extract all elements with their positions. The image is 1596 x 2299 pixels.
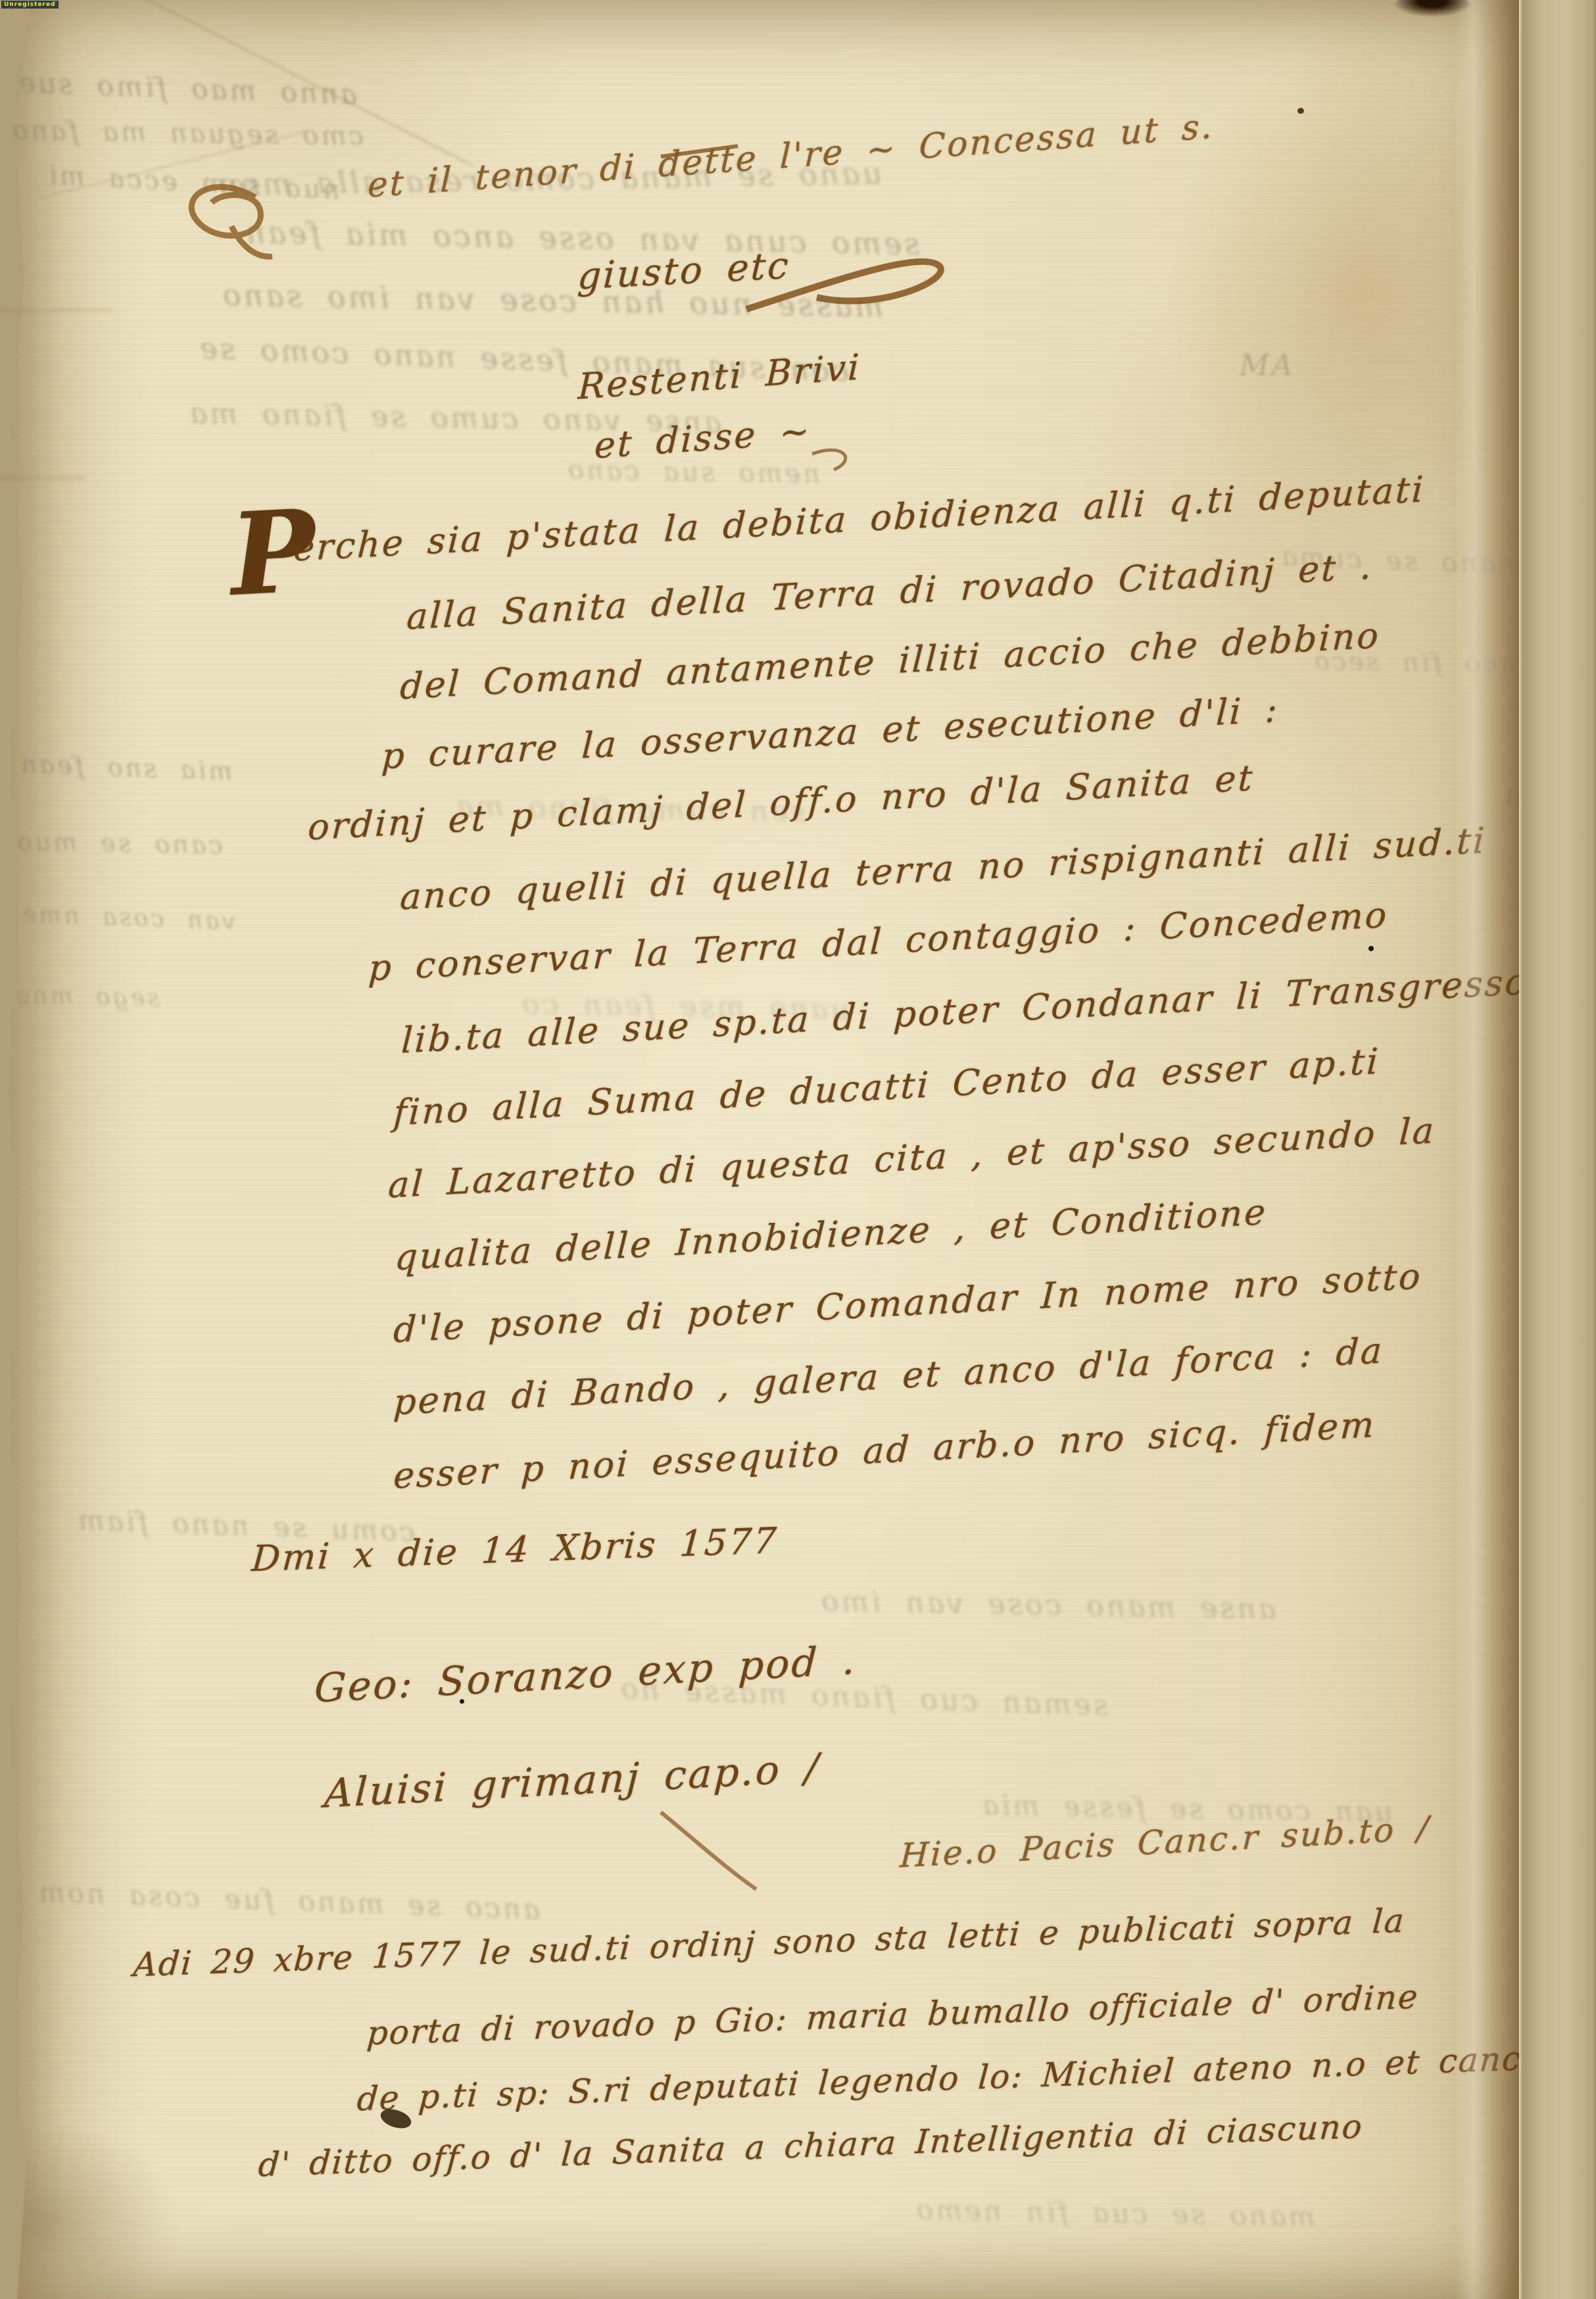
- paper-crease: [0, 477, 85, 479]
- ink-speck: [1368, 946, 1374, 951]
- ink-speck: [460, 1699, 464, 1704]
- ink-speck: [1297, 108, 1304, 114]
- paper-crease: [0, 309, 112, 311]
- scan-watermark: Unregistered: [1, 1, 59, 9]
- manuscript-scan: anno mao fimo suecmo seguan ma fanonua s…: [0, 0, 1596, 2299]
- book-gutter: [1519, 0, 1596, 2299]
